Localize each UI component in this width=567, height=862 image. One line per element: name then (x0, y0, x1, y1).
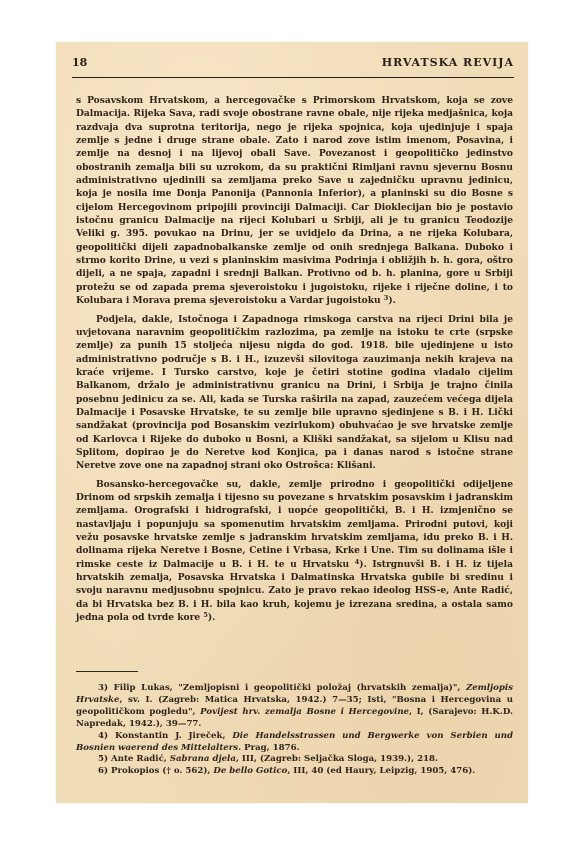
journal-title: HRVATSKA REVIJA (382, 56, 514, 69)
paragraph-text: s Posavskom Hrvatskom, a hercegovačke s … (76, 95, 513, 306)
paragraph-tail: ). (208, 612, 215, 623)
footnote-text: Konstantin J. Jireček, (108, 731, 232, 741)
footnote-title: Sabrana djela (170, 754, 236, 764)
footnote-5: 5) Ante Radić, Sabrana djela, III, (Zagr… (76, 754, 513, 766)
footnote-text: Filip Lukas, "Zemljopisni i geopolitički… (108, 683, 466, 693)
paragraph-tail: ). (388, 295, 395, 306)
header-rule (72, 77, 514, 78)
paragraph-1: s Posavskom Hrvatskom, a hercegovačke s … (76, 94, 513, 308)
footnote-text: Ante Radić, (108, 754, 170, 764)
paragraph-text: Podjela, dakle, Istočnoga i Zapadnoga ri… (76, 314, 513, 472)
body-text: s Posavskom Hrvatskom, a hercegovačke s … (76, 94, 513, 624)
running-head: 18 HRVATSKA REVIJA (72, 56, 514, 72)
footnote-separator (76, 671, 138, 672)
footnote-title: De bello Gotico (213, 766, 287, 776)
footnote-4: 4) Konstantin J. Jireček, Die Handelsstr… (76, 731, 513, 755)
footnote-number: 5) (98, 754, 108, 764)
footnote-number: 3) (98, 683, 108, 693)
footnote-3: 3) Filip Lukas, "Zemljopisni i geopoliti… (76, 683, 513, 731)
footnote-text: Prokopios († o. 562), (108, 766, 213, 776)
footnote-text: , III, (Zagreb: Seljačka Sloga, 1939.), … (236, 754, 438, 764)
footnote-number: 6) (98, 766, 108, 776)
footnote-number: 4) (98, 731, 108, 741)
footnotes: 3) Filip Lukas, "Zemljopisni i geopoliti… (76, 683, 513, 778)
page-number: 18 (72, 56, 87, 69)
paragraph-2: Podjela, dakle, Istočnoga i Zapadnoga ri… (76, 313, 513, 473)
footnote-text: . Prag, 1876. (238, 743, 299, 753)
footnote-text: , III, 40 (ed Haury, Leipzig, 1905, 476)… (287, 766, 475, 776)
footnote-title: Povijest hrv. zemalja Bosne i Hercegovin… (200, 707, 409, 717)
paragraph-text: Bosansko-hercegovačke su, dakle, zemlje … (76, 479, 513, 570)
paragraph-3: Bosansko-hercegovačke su, dakle, zemlje … (76, 478, 513, 625)
footnote-6: 6) Prokopios († o. 562), De bello Gotico… (76, 766, 513, 778)
scanned-page: 18 HRVATSKA REVIJA s Posavskom Hrvatskom… (56, 42, 528, 803)
